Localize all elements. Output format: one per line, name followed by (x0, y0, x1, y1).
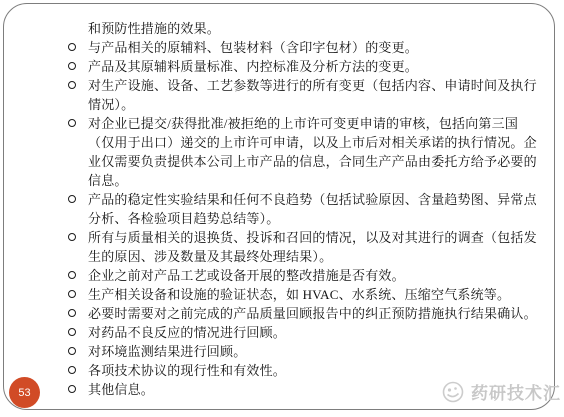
lead-continuation-text: 和预防性措施的效果。 (65, 19, 544, 38)
circle-bullet-icon (65, 323, 88, 336)
bullet-items: 与产品相关的原辅料、包装材料（含印字包材）的变更。产品及其原辅料质量标准、内控标… (65, 38, 544, 399)
list-item: 必要时需要对之前完成的产品质量回顾报告中的纠正预防措施执行结果确认。 (65, 304, 544, 323)
circle-bullet-icon (65, 266, 88, 279)
list-item: 生产相关设备和设施的验证状态，如 HVAC、水系统、压缩空气系统等。 (65, 285, 544, 304)
list-item-text: 对环境监测结果进行回顾。 (88, 342, 544, 361)
page-number: 53 (18, 387, 30, 399)
list-item-text: 对药品不良反应的情况进行回顾。 (88, 323, 544, 342)
list-item: 产品的稳定性实验结果和任何不良趋势（包括试验原因、含量趋势图、异常点分析、各检验… (65, 190, 544, 228)
list-item-text: 必要时需要对之前完成的产品质量回顾报告中的纠正预防措施执行结果确认。 (88, 304, 544, 323)
circle-bullet-icon (65, 57, 88, 70)
circle-bullet-icon (65, 380, 88, 393)
list-item-text: 对生产设施、设备、工艺参数等进行的所有变更（包括内容、申请时间及执行情况）。 (88, 76, 544, 114)
circle-bullet-icon (65, 304, 88, 317)
page-number-badge: 53 (9, 377, 40, 408)
watermark-text: 药研技术汇 (471, 379, 561, 404)
circle-bullet-icon (65, 76, 88, 89)
list-item-text: 产品及其原辅料质量标准、内控标准及分析方法的变更。 (88, 57, 544, 76)
list-item: 企业之前对产品工艺或设备开展的整改措施是否有效。 (65, 266, 544, 285)
list-item: 与产品相关的原辅料、包装材料（含印字包材）的变更。 (65, 38, 544, 57)
list-item-text: 生产相关设备和设施的验证状态，如 HVAC、水系统、压缩空气系统等。 (88, 285, 544, 304)
list-item-text: 各项技术协议的现行性和有效性。 (88, 361, 544, 380)
list-item: 所有与质量相关的退换货、投诉和召回的情况，以及对其进行的调查（包括发生的原因、涉… (65, 228, 544, 266)
list-item-text: 产品的稳定性实验结果和任何不良趋势（包括试验原因、含量趋势图、异常点分析、各检验… (88, 190, 544, 228)
list-item-text: 对企业已提交/获得批准/被拒绝的上市许可变更申请的审核，包括向第三国（仅用于出口… (88, 114, 544, 190)
circle-bullet-icon (65, 361, 88, 374)
circle-bullet-icon (65, 228, 88, 241)
bullet-list: 和预防性措施的效果。 与产品相关的原辅料、包装材料（含印字包材）的变更。产品及其… (65, 19, 544, 399)
slide-canvas: 和预防性措施的效果。 与产品相关的原辅料、包装材料（含印字包材）的变更。产品及其… (0, 0, 564, 417)
list-item-text: 企业之前对产品工艺或设备开展的整改措施是否有效。 (88, 266, 544, 285)
brand-logo-icon (442, 381, 464, 403)
circle-bullet-icon (65, 38, 88, 51)
list-item: 产品及其原辅料质量标准、内控标准及分析方法的变更。 (65, 57, 544, 76)
list-item: 对生产设施、设备、工艺参数等进行的所有变更（包括内容、申请时间及执行情况）。 (65, 76, 544, 114)
circle-bullet-icon (65, 190, 88, 203)
circle-bullet-icon (65, 285, 88, 298)
circle-bullet-icon (65, 342, 88, 355)
list-item-text: 所有与质量相关的退换货、投诉和召回的情况，以及对其进行的调查（包括发生的原因、涉… (88, 228, 544, 266)
circle-bullet-icon (65, 114, 88, 127)
list-item: 各项技术协议的现行性和有效性。 (65, 361, 544, 380)
watermark: 药研技术汇 (442, 379, 561, 404)
slide-panel: 和预防性措施的效果。 与产品相关的原辅料、包装材料（含印字包材）的变更。产品及其… (3, 3, 555, 410)
list-item-text: 与产品相关的原辅料、包装材料（含印字包材）的变更。 (88, 38, 544, 57)
list-item: 对药品不良反应的情况进行回顾。 (65, 323, 544, 342)
list-item: 对环境监测结果进行回顾。 (65, 342, 544, 361)
list-item: 对企业已提交/获得批准/被拒绝的上市许可变更申请的审核，包括向第三国（仅用于出口… (65, 114, 544, 190)
